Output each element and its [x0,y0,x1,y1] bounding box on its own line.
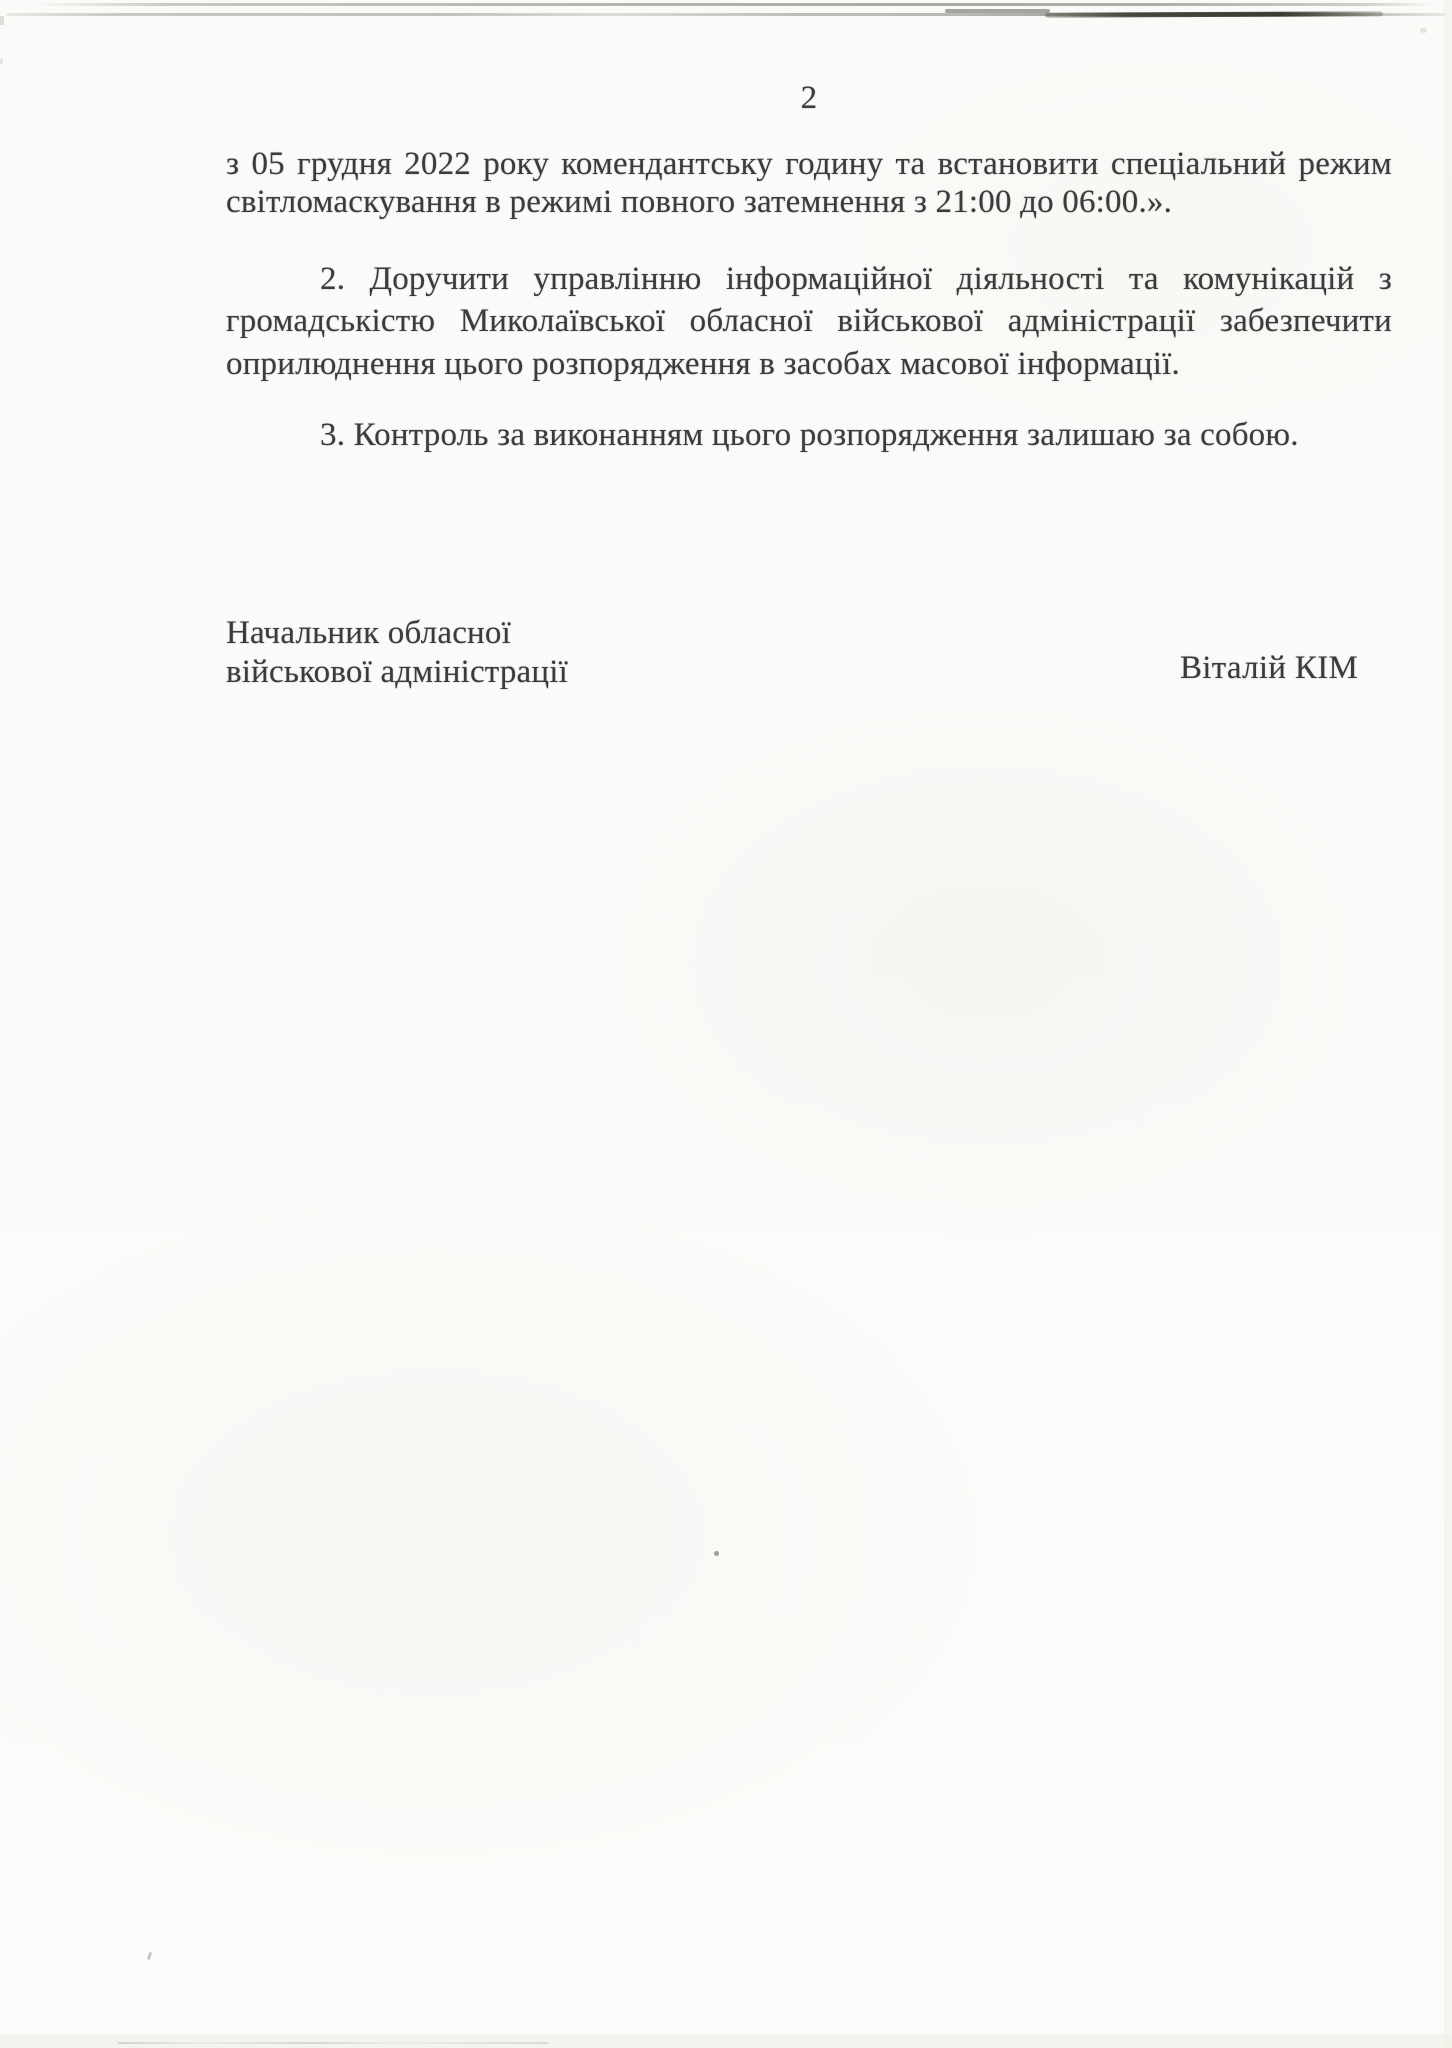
paragraph-1-line-1: з 05 грудня 2022 року комендантську годи… [226,143,1392,186]
paragraph-2-line-1: 2. Доручити управлінню інформаційної дія… [226,258,1392,301]
paragraph-3-line-1: 3. Контроль за виконанням цього розпоряд… [226,414,1392,457]
paragraph-1-line-2: світломаскування в режимі повного затемн… [226,181,1392,224]
scan-artifact-line [118,2042,548,2044]
scan-artifact-line [945,9,1050,13]
page-number: 2 [226,77,1392,120]
scan-edge-shade [1444,0,1452,2048]
scan-speck [1420,28,1427,33]
scan-speck [147,1952,152,1961]
scan-artifact-line [1045,11,1383,17]
scan-artifact-line [30,3,1435,6]
scan-speck [0,16,4,25]
scan-artifact-line [6,13,1446,16]
scan-edge-shade [0,2034,1452,2048]
document-page: 2 з 05 грудня 2022 року комендантську го… [0,0,1452,2048]
paragraph-2-line-2: громадськістю Миколаївської обласної вій… [226,300,1392,343]
signature-name: Віталій КІМ [1180,647,1440,690]
scan-speck [714,1551,719,1556]
scan-speck [0,58,3,64]
paragraph-2-line-3: оприлюднення цього розпорядження в засоб… [226,343,1392,386]
